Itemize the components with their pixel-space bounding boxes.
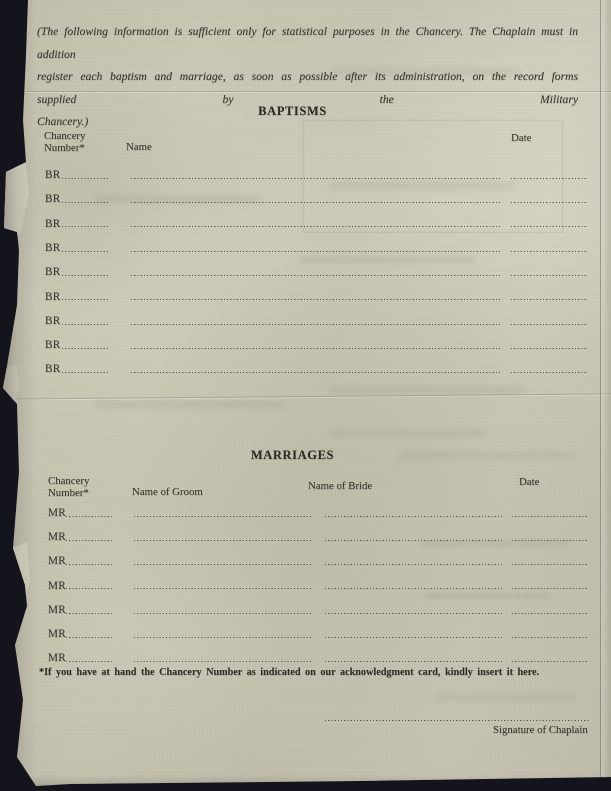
baptism-row-prefix: BR bbox=[45, 339, 61, 351]
marriage-row-chancery-field bbox=[66, 515, 112, 517]
marriage-row-date-field bbox=[512, 660, 588, 662]
marriage-row: MR bbox=[0, 624, 611, 638]
marriage-row: MR bbox=[0, 600, 611, 614]
marriage-row-groom-field bbox=[134, 515, 312, 517]
marriage-row-groom-field bbox=[134, 539, 312, 541]
marriage-row: MR bbox=[0, 576, 611, 590]
baptism-row-chancery-field bbox=[62, 274, 110, 276]
bleedthrough-text bbox=[435, 694, 575, 701]
bleedthrough-text bbox=[425, 592, 550, 599]
marriages-column-name-of-groom: Name of Groom bbox=[132, 487, 203, 499]
baptism-row-prefix: BR bbox=[45, 242, 61, 254]
right-fold-line bbox=[600, 0, 611, 791]
paper-crease bbox=[0, 393, 611, 399]
baptism-row-chancery-field bbox=[62, 299, 110, 301]
baptism-row-name-field bbox=[131, 371, 500, 373]
bleedthrough-text bbox=[330, 430, 485, 437]
baptism-row-chancery-field bbox=[62, 250, 110, 252]
marriage-row-chancery-field bbox=[66, 563, 112, 565]
paper-sheet: (The following information is sufficient… bbox=[0, 0, 611, 791]
marriages-section-title: MARRIAGES bbox=[30, 448, 555, 463]
marriage-row: MR bbox=[0, 551, 611, 565]
marriage-row-chancery-field bbox=[66, 636, 112, 638]
marriages-column-chancery-number: Chancery Number* bbox=[48, 476, 89, 499]
baptism-row-date-field bbox=[511, 323, 588, 325]
baptism-row-name-field bbox=[131, 323, 500, 325]
intro-note-line: (The following information is sufficient… bbox=[37, 21, 578, 66]
baptism-row-chancery-field bbox=[62, 201, 110, 203]
marriages-column-date: Date bbox=[519, 477, 539, 489]
marriage-row-date-field bbox=[512, 588, 588, 590]
marriage-row-date-field bbox=[512, 539, 588, 541]
marriage-row-chancery-field bbox=[66, 660, 112, 662]
marriage-row-prefix: MR bbox=[48, 555, 66, 567]
baptism-row: BR bbox=[0, 262, 611, 276]
baptism-row-name-field bbox=[131, 274, 500, 276]
marriage-row-chancery-field bbox=[66, 612, 112, 614]
bleedthrough-text bbox=[330, 386, 525, 394]
marriage-row-date-field bbox=[512, 612, 588, 614]
baptism-row-date-field bbox=[511, 371, 588, 373]
marriage-row: MR bbox=[0, 527, 611, 541]
baptism-row-chancery-field bbox=[62, 177, 110, 179]
marriage-row-prefix: MR bbox=[48, 507, 66, 519]
baptisms-section-title: BAPTISMS bbox=[30, 104, 555, 119]
marriage-row-bride-field bbox=[325, 636, 502, 638]
marriage-row-prefix: MR bbox=[48, 628, 66, 640]
baptism-row-name-field bbox=[131, 201, 500, 203]
marriage-row-date-field bbox=[512, 563, 588, 565]
baptism-row-chancery-field bbox=[62, 347, 110, 349]
marriage-row-date-field bbox=[512, 515, 588, 517]
baptism-row-prefix: BR bbox=[45, 266, 61, 278]
baptism-row: BR bbox=[0, 214, 611, 228]
bleedthrough-text bbox=[95, 401, 285, 409]
baptism-row-chancery-field bbox=[62, 226, 110, 228]
baptism-row-name-field bbox=[131, 299, 500, 301]
marriage-row-prefix: MR bbox=[48, 531, 66, 543]
baptism-row-prefix: BR bbox=[45, 315, 61, 327]
baptism-row-date-field bbox=[511, 274, 588, 276]
baptisms-column-name: Name bbox=[126, 142, 152, 154]
marriage-row-prefix: MR bbox=[48, 652, 66, 664]
baptism-row: BR bbox=[0, 189, 611, 203]
baptism-row-name-field bbox=[131, 226, 500, 228]
baptism-row: BR bbox=[0, 311, 611, 325]
marriage-row: MR bbox=[0, 648, 611, 662]
baptism-row-name-field bbox=[131, 250, 500, 252]
marriage-row-groom-field bbox=[134, 636, 312, 638]
marriage-row-bride-field bbox=[325, 515, 502, 517]
baptism-row-date-field bbox=[511, 177, 588, 179]
baptism-row-chancery-field bbox=[62, 323, 110, 325]
baptism-row-date-field bbox=[511, 201, 588, 203]
marriage-row-prefix: MR bbox=[48, 604, 66, 616]
marriage-row-bride-field bbox=[325, 612, 502, 614]
marriage-row-bride-field bbox=[325, 563, 502, 565]
baptism-row-chancery-field bbox=[62, 371, 110, 373]
baptisms-column-date: Date bbox=[511, 133, 531, 145]
baptism-row: BR bbox=[0, 238, 611, 252]
baptism-row: BR bbox=[0, 335, 611, 349]
baptism-row: BR bbox=[0, 359, 611, 373]
baptism-row-date-field bbox=[511, 250, 588, 252]
baptism-row-prefix: BR bbox=[45, 291, 61, 303]
marriage-row-prefix: MR bbox=[48, 580, 66, 592]
baptism-row-date-field bbox=[511, 347, 588, 349]
marriage-row-groom-field bbox=[134, 563, 312, 565]
bottom-edge-shadow bbox=[0, 775, 611, 791]
baptism-row-prefix: BR bbox=[45, 363, 61, 375]
baptism-row: BR bbox=[0, 287, 611, 301]
marriage-row-bride-field bbox=[325, 588, 502, 590]
marriage-row-bride-field bbox=[325, 660, 502, 662]
marriage-row-chancery-field bbox=[66, 588, 112, 590]
baptism-row-name-field bbox=[131, 177, 500, 179]
baptism-row-date-field bbox=[511, 226, 588, 228]
baptism-row-date-field bbox=[511, 299, 588, 301]
signature-of-chaplain-label: Signature of Chaplain bbox=[493, 724, 588, 736]
scanned-form-page: (The following information is sufficient… bbox=[0, 0, 611, 791]
signature-line bbox=[325, 719, 589, 721]
marriage-row: MR bbox=[0, 503, 611, 517]
baptism-row: BR bbox=[0, 165, 611, 179]
baptism-row-prefix: BR bbox=[45, 193, 61, 205]
baptism-row-name-field bbox=[131, 347, 500, 349]
chancery-number-footnote: *If you have at hand the Chancery Number… bbox=[39, 667, 587, 678]
marriage-row-bride-field bbox=[325, 539, 502, 541]
baptism-row-prefix: BR bbox=[45, 169, 61, 181]
marriage-row-chancery-field bbox=[66, 539, 112, 541]
marriage-row-groom-field bbox=[134, 588, 312, 590]
marriage-row-groom-field bbox=[134, 612, 312, 614]
marriages-column-name-of-bride: Name of Bride bbox=[308, 481, 372, 493]
baptisms-column-chancery-number: Chancery Number* bbox=[44, 131, 85, 154]
marriage-row-groom-field bbox=[134, 660, 312, 662]
baptism-row-prefix: BR bbox=[45, 218, 61, 230]
marriage-row-date-field bbox=[512, 636, 588, 638]
